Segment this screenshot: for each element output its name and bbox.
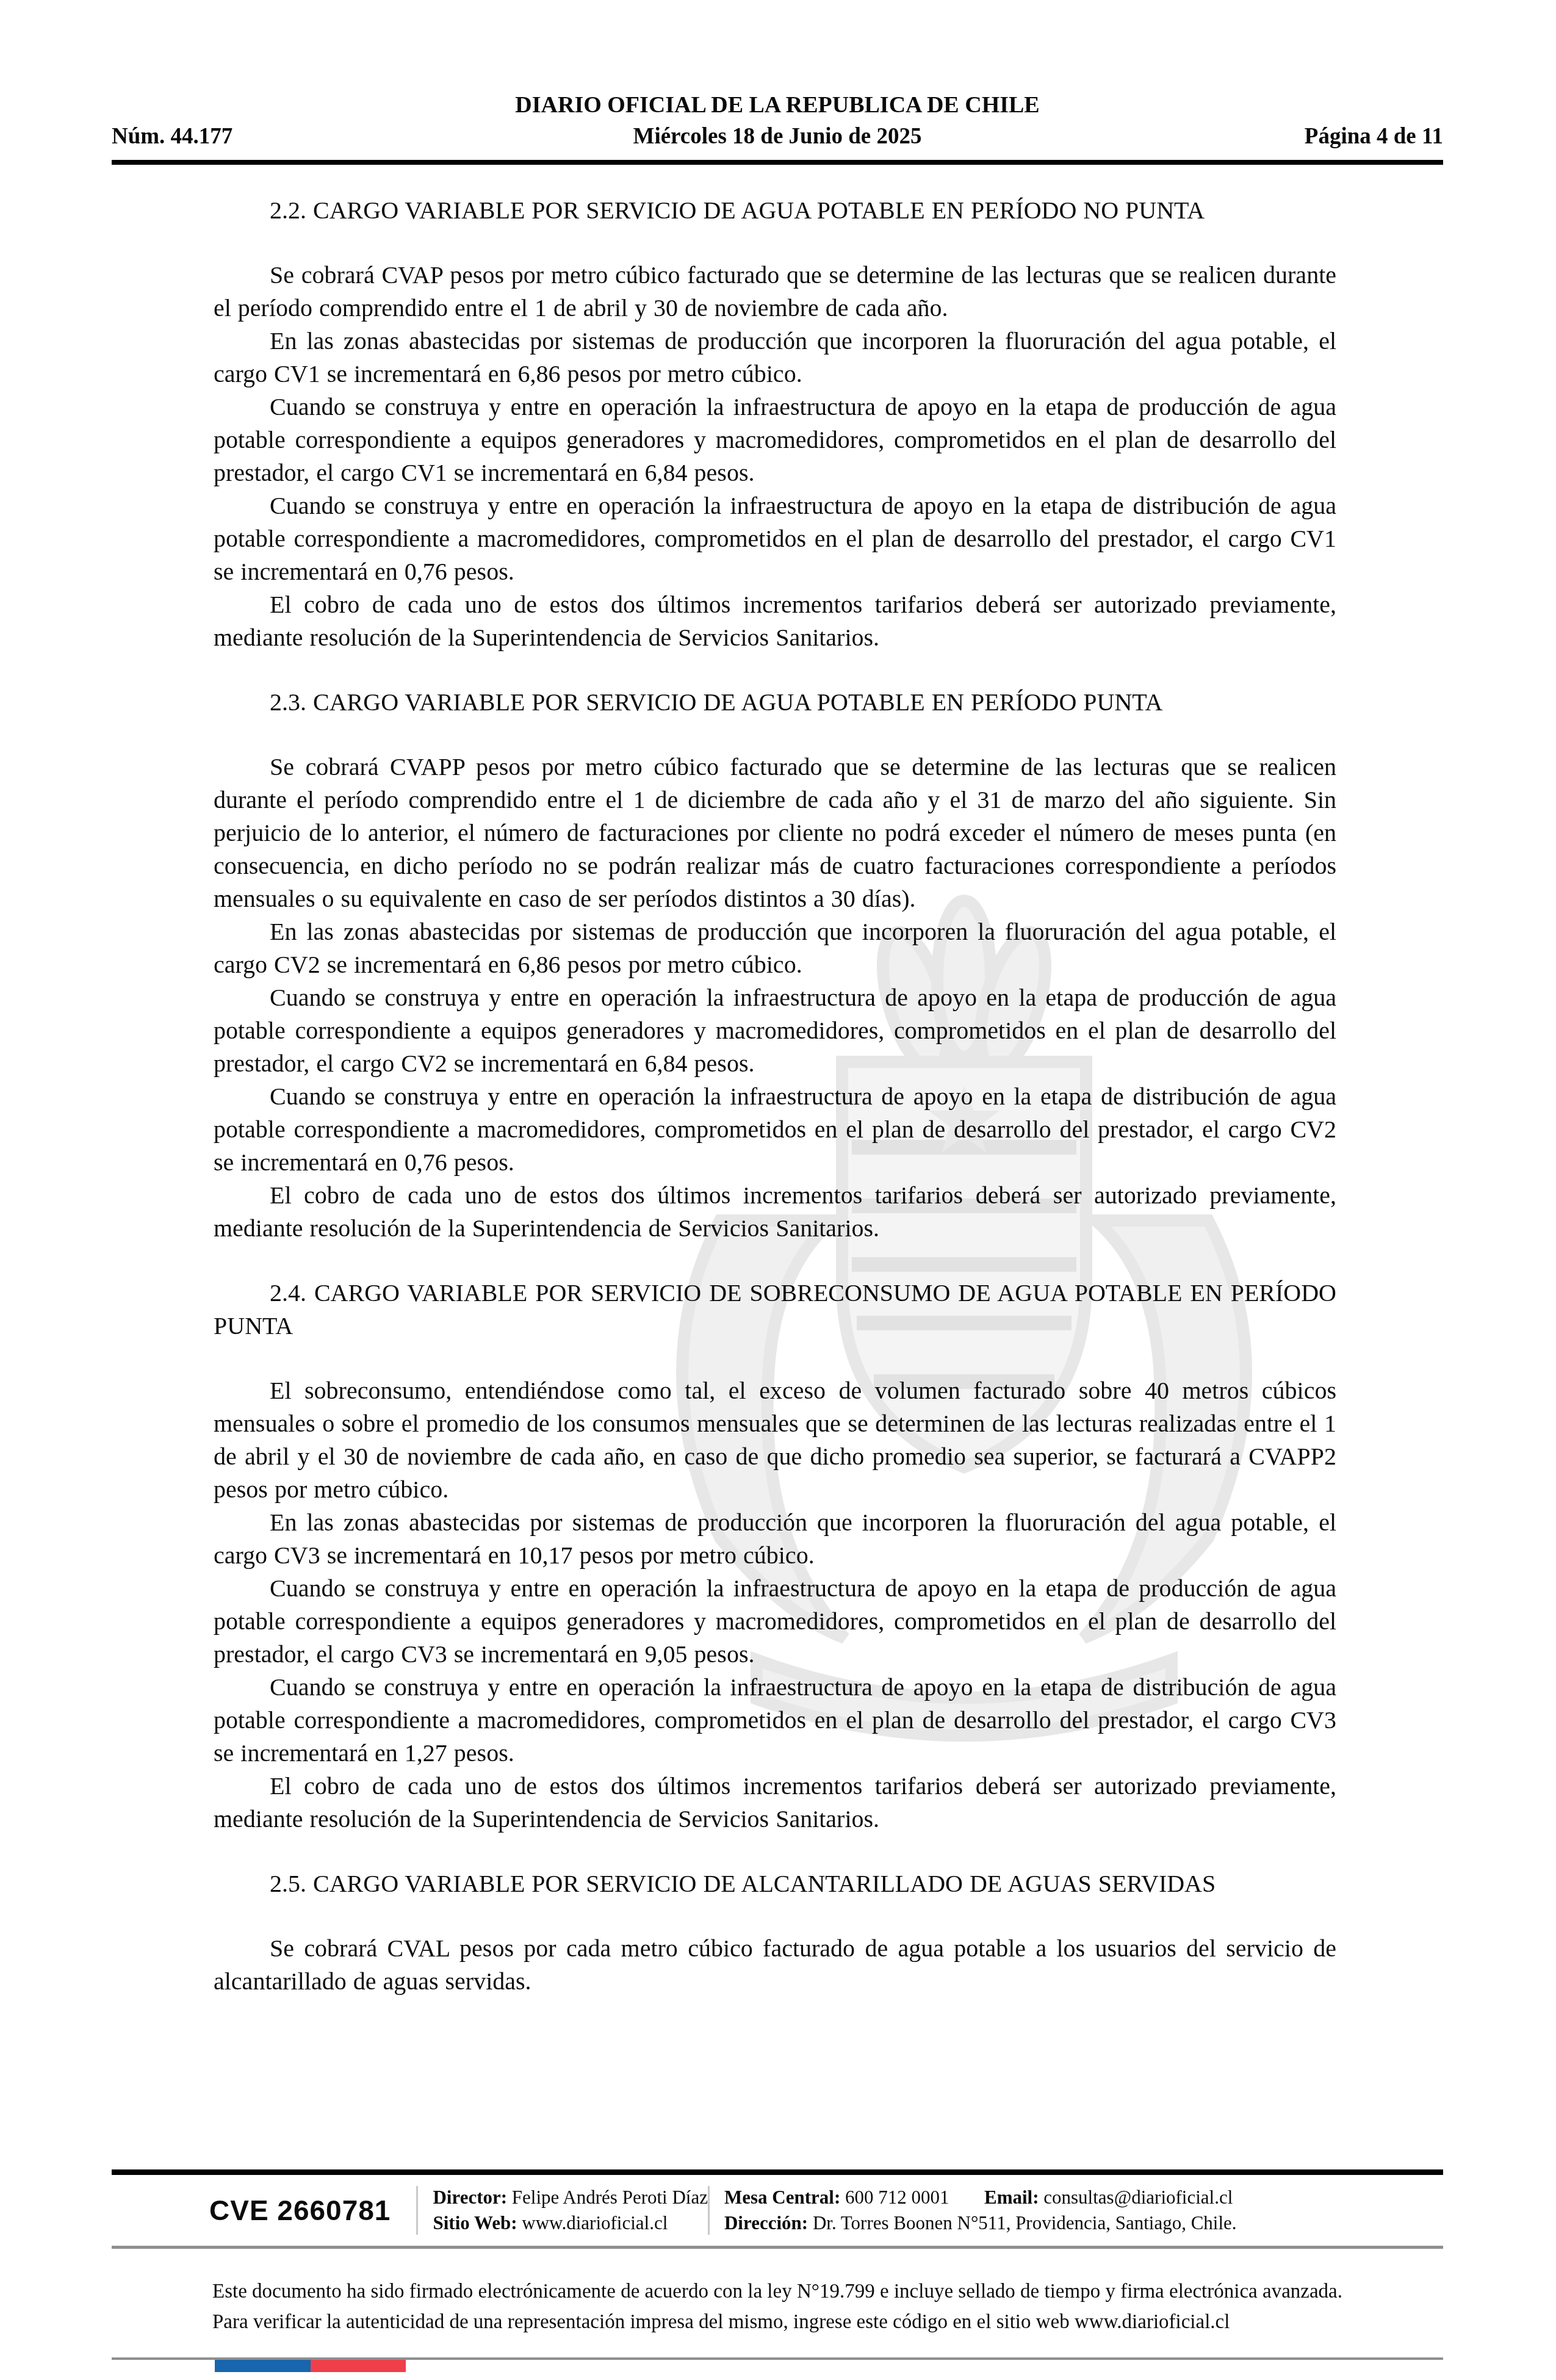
cve-code: CVE 2660781 bbox=[112, 2185, 416, 2236]
paragraph: Cuando se construya y entre en operación… bbox=[214, 981, 1336, 1080]
director-value: Felipe Andrés Peroti Díaz bbox=[512, 2187, 708, 2208]
footer-director-column: Director: Felipe Andrés Peroti Díaz Siti… bbox=[418, 2185, 708, 2236]
paragraph: El cobro de cada uno de estos dos último… bbox=[214, 1770, 1336, 1836]
paragraph: El sobreconsumo, entendiéndose como tal,… bbox=[214, 1374, 1336, 1506]
paragraph: En las zonas abastecidas por sistemas de… bbox=[214, 1506, 1336, 1572]
direccion-value: Dr. Torres Boonen N°511, Providencia, Sa… bbox=[813, 2212, 1237, 2234]
paragraph: Se cobrará CVAL pesos por cada metro cúb… bbox=[214, 1932, 1336, 1998]
paragraph: En las zonas abastecidas por sistemas de… bbox=[214, 915, 1336, 981]
paragraph: Cuando se construya y entre en operación… bbox=[214, 391, 1336, 489]
chile-flag-icon bbox=[215, 2360, 406, 2372]
section-title: 2.3. CARGO VARIABLE POR SERVICIO DE AGUA… bbox=[214, 686, 1336, 719]
paragraph: Cuando se construya y entre en operación… bbox=[214, 1671, 1336, 1770]
page-header: DIARIO OFICIAL DE LA REPUBLICA DE CHILE … bbox=[112, 92, 1443, 165]
header-divider bbox=[112, 160, 1443, 165]
section-2-3: 2.3. CARGO VARIABLE POR SERVICIO DE AGUA… bbox=[214, 686, 1336, 1245]
signature-disclaimer: Este documento ha sido firmado electróni… bbox=[112, 2269, 1443, 2337]
paragraph: En las zonas abastecidas por sistemas de… bbox=[214, 325, 1336, 391]
flag-red-segment bbox=[311, 2360, 406, 2372]
paragraph: Cuando se construya y entre en operación… bbox=[214, 1080, 1336, 1179]
director-label: Director: bbox=[433, 2187, 507, 2208]
email-value: consultas@diarioficial.cl bbox=[1043, 2187, 1233, 2208]
section-title: 2.2. CARGO VARIABLE POR SERVICIO DE AGUA… bbox=[214, 194, 1336, 227]
page-indicator: Página 4 de 11 bbox=[1305, 123, 1443, 150]
paragraph: El cobro de cada uno de estos dos último… bbox=[214, 1179, 1336, 1245]
paragraph: Se cobrará CVAP pesos por metro cúbico f… bbox=[214, 259, 1336, 325]
flag-blue-segment bbox=[215, 2360, 311, 2372]
footer-top-divider bbox=[112, 2169, 1443, 2175]
mesa-central-value: 600 712 0001 bbox=[845, 2187, 949, 2208]
gazette-title: DIARIO OFICIAL DE LA REPUBLICA DE CHILE bbox=[112, 92, 1443, 118]
paragraph: Cuando se construya y entre en operación… bbox=[214, 489, 1336, 588]
page-footer: CVE 2660781 Director: Felipe Andrés Pero… bbox=[112, 2169, 1443, 2380]
document-body: 2.2. CARGO VARIABLE POR SERVICIO DE AGUA… bbox=[214, 194, 1336, 1998]
footer-contact-column: Mesa Central: 600 712 0001 Email: consul… bbox=[710, 2185, 1237, 2236]
sitio-web-value: www.diarioficial.cl bbox=[522, 2212, 668, 2234]
direccion-line: Dirección: Dr. Torres Boonen N°511, Prov… bbox=[724, 2210, 1237, 2236]
section-2-5: 2.5. CARGO VARIABLE POR SERVICIO DE ALCA… bbox=[214, 1867, 1336, 1998]
direccion-label: Dirección: bbox=[724, 2212, 808, 2234]
mesa-email-line: Mesa Central: 600 712 0001 Email: consul… bbox=[724, 2185, 1237, 2210]
section-title: 2.5. CARGO VARIABLE POR SERVICIO DE ALCA… bbox=[214, 1867, 1336, 1900]
director-line: Director: Felipe Andrés Peroti Díaz bbox=[433, 2185, 708, 2210]
section-2-2: 2.2. CARGO VARIABLE POR SERVICIO DE AGUA… bbox=[214, 194, 1336, 654]
issue-number: Núm. 44.177 bbox=[112, 123, 232, 150]
gazette-page: DIARIO OFICIAL DE LA REPUBLICA DE CHILE … bbox=[0, 0, 1556, 2380]
sitio-line: Sitio Web: www.diarioficial.cl bbox=[433, 2210, 708, 2236]
issue-date: Miércoles 18 de Junio de 2025 bbox=[112, 123, 1443, 150]
footer-divider bbox=[112, 2246, 1443, 2249]
section-title: 2.4. CARGO VARIABLE POR SERVICIO DE SOBR… bbox=[214, 1277, 1336, 1343]
footer-info-box: CVE 2660781 Director: Felipe Andrés Pero… bbox=[112, 2175, 1443, 2243]
paragraph: El cobro de cada uno de estos dos último… bbox=[214, 588, 1336, 654]
email-label: Email: bbox=[984, 2187, 1039, 2208]
section-2-4: 2.4. CARGO VARIABLE POR SERVICIO DE SOBR… bbox=[214, 1277, 1336, 1836]
sitio-web-label: Sitio Web: bbox=[433, 2212, 517, 2234]
paragraph: Se cobrará CVAPP pesos por metro cúbico … bbox=[214, 751, 1336, 915]
paragraph: Cuando se construya y entre en operación… bbox=[214, 1572, 1336, 1671]
mesa-central-label: Mesa Central: bbox=[724, 2187, 840, 2208]
